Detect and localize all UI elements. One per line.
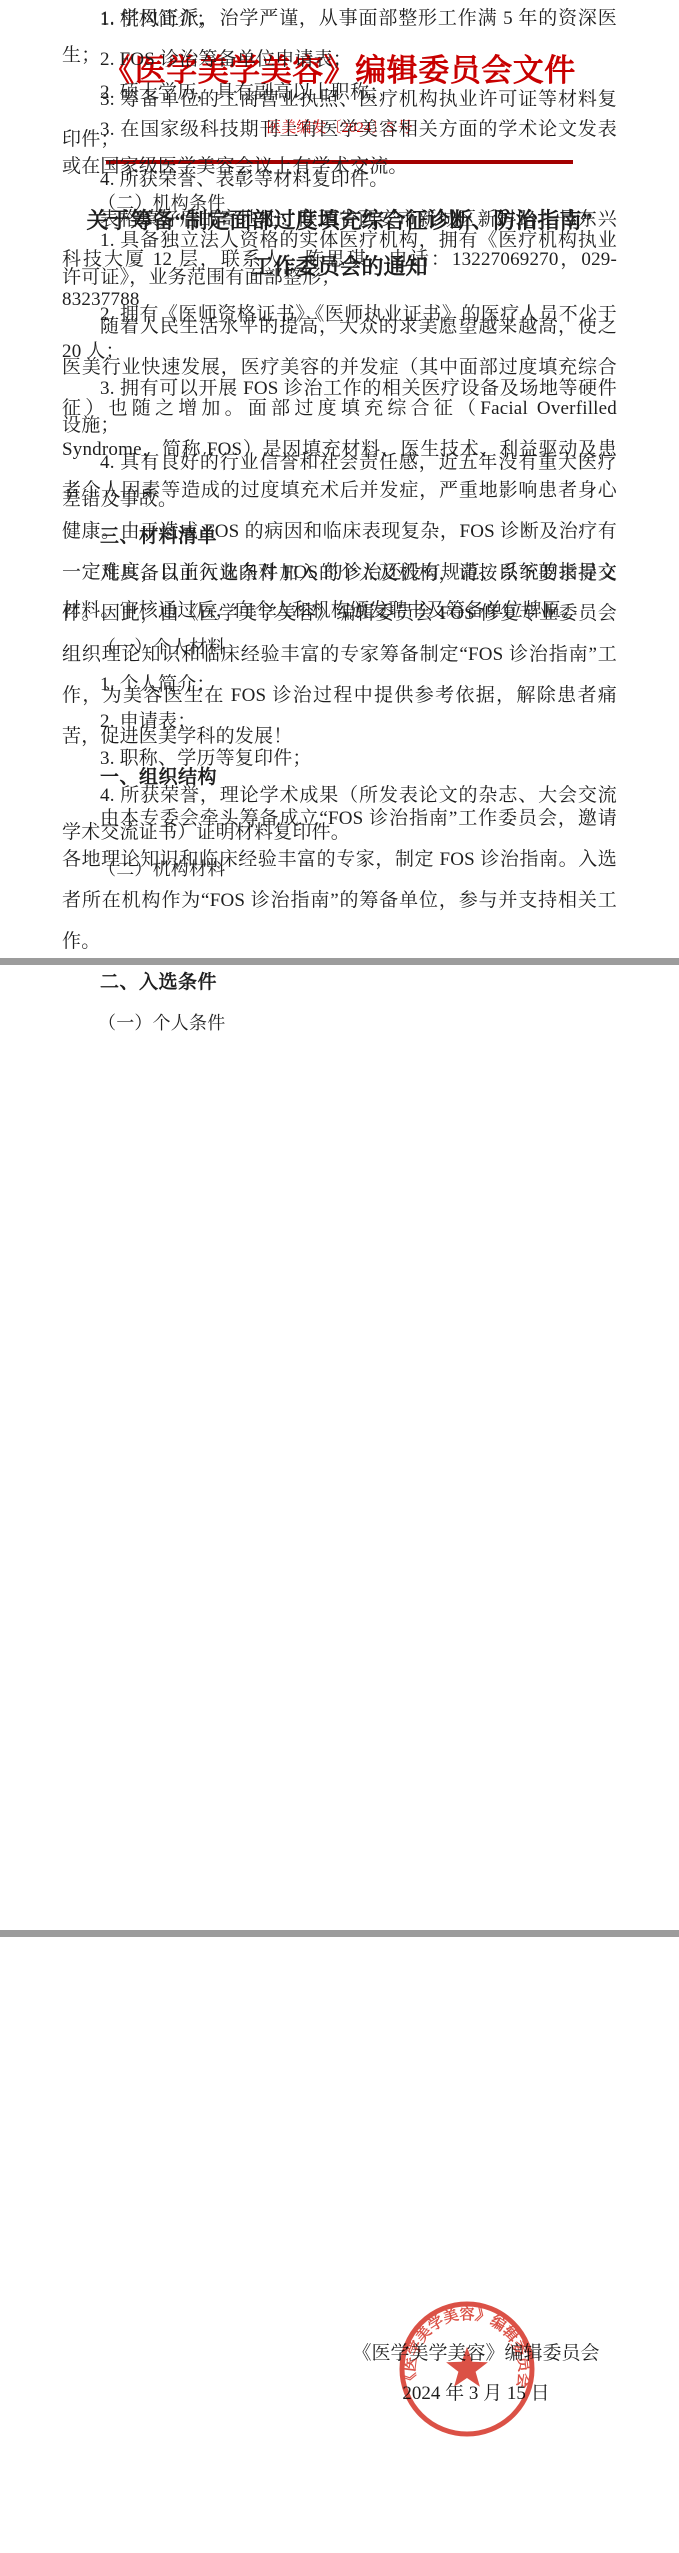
paragraph-para: 1. 个人简介； — [62, 666, 617, 703]
paragraph-para: 3. 拥有可以开展 FOS 诊治工作的相关医疗设备及场地等硬件设施； — [62, 370, 617, 444]
paragraph-para: 3. 筹备单位的工商营业执照、医疗机构执业许可证等材料复印件； — [62, 80, 617, 160]
paragraph-sub: （一）个人材料 — [62, 629, 617, 666]
paragraph-sub: （二）机构材料 — [62, 851, 617, 888]
paragraph-para: 4. 具有良好的行业信誉和社会责任感，近五年没有重大医疗差错及事故。 — [62, 444, 617, 518]
paragraph-para: 1. 机构简介； — [62, 0, 617, 40]
page-break-divider-2 — [0, 1930, 679, 1937]
paragraph-para: 2. 申请表； — [62, 703, 617, 740]
paragraph-para: 3. 职称、学历等复印件； — [62, 740, 617, 777]
stamp-graphic: 《医学美学美容》编辑委员会 — [396, 2298, 538, 2440]
paragraph-para: 2. FOS 诊治筹备单位申请表； — [62, 40, 617, 80]
paragraph-para: 表格填好后邮寄地址：陕西省西安市新城区新科路 1 号东兴科技大厦 12 层，联系… — [62, 200, 617, 320]
paragraph-sub: （一）个人条件 — [62, 1003, 617, 1044]
paragraph-heading: 二、入选条件 — [62, 962, 617, 1003]
page-3: 1. 机构简介；2. FOS 诊治筹备单位申请表；3. 筹备单位的工商营业执照、… — [0, 0, 679, 320]
page-3-body: 1. 机构简介；2. FOS 诊治筹备单位申请表；3. 筹备单位的工商营业执照、… — [62, 0, 617, 320]
paragraph-para: 4. 所获荣誉、表彰等材料复印件。 — [62, 160, 617, 200]
paragraph-para: 4. 所获荣誉，理论学术成果（所发表论文的杂志、大会交流学术交流证书）证明材料复… — [62, 777, 617, 851]
official-document: 《医学美学美容》编辑委员会文件 医美编发〔2024〕5 号 关于筹备“制定面部过… — [0, 0, 679, 2553]
official-red-stamp: 《医学美学美容》编辑委员会 — [396, 2298, 538, 2440]
paragraph-heading: 三、材料清单 — [62, 518, 617, 555]
paragraph-para: 凡具备以上入选条件加入的个人及机构，请按以下要求提交材料。审核通过后，向个人和机… — [62, 555, 617, 629]
page-break-divider-1 — [0, 958, 679, 965]
stamp-star-icon — [446, 2347, 488, 2387]
